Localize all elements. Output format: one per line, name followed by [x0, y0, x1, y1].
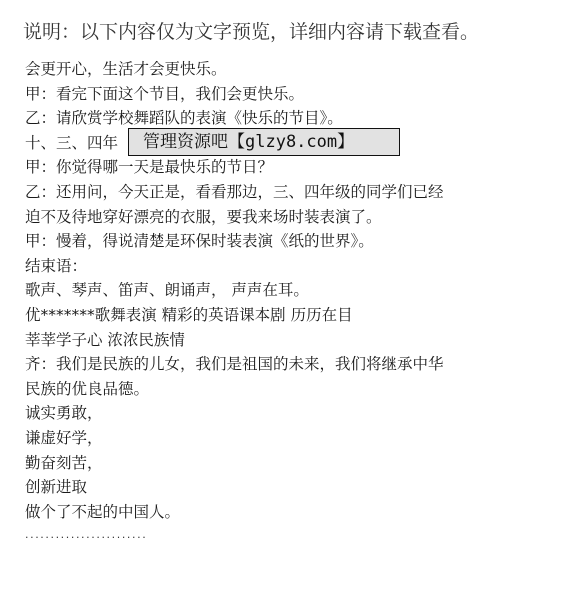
text-line: 会更开心，生活才会更快乐。	[25, 57, 565, 82]
text-line: 谦虚好学，	[25, 426, 565, 451]
ellipsis-dots: ························	[25, 528, 565, 548]
text-line: 创新进取	[25, 475, 565, 500]
text-line: 结束语：	[25, 254, 565, 279]
text-line: 优*******歌舞表演 精彩的英语课本剧 历历在目	[25, 303, 565, 328]
text-line: 甲：慢着，得说清楚是环保时装表演《纸的世界》。	[25, 229, 565, 254]
text-line: 勤奋刻苦，	[25, 451, 565, 476]
text-line: 齐：我们是民族的儿女，我们是祖国的未来，我们将继承中华	[25, 352, 565, 377]
text-line: 民族的优良品德。	[25, 377, 565, 402]
text-line: 做个了不起的中国人。	[25, 500, 565, 525]
text-line: 迫不及待地穿好漂亮的衣服，要我来场时装表演了。	[25, 205, 565, 230]
text-line: 乙：还用问，今天正是，看看那边，三、四年级的同学们已经	[25, 180, 565, 205]
text-line: 诚实勇敢，	[25, 401, 565, 426]
preview-notice: 说明：以下内容仅为文字预览，详细内容请下载查看。	[23, 17, 479, 44]
text-line: 甲：看完下面这个节目，我们会更快乐。	[25, 82, 565, 107]
text-line: 歌声、琴声、笛声、朗诵声， 声声在耳。	[25, 278, 565, 303]
watermark-banner: 管理资源吧【glzy8.com】	[128, 128, 400, 156]
text-line: 莘莘学子心 浓浓民族情	[25, 328, 565, 353]
text-line: 甲：你觉得哪一天是最快乐的节日？	[25, 155, 565, 180]
